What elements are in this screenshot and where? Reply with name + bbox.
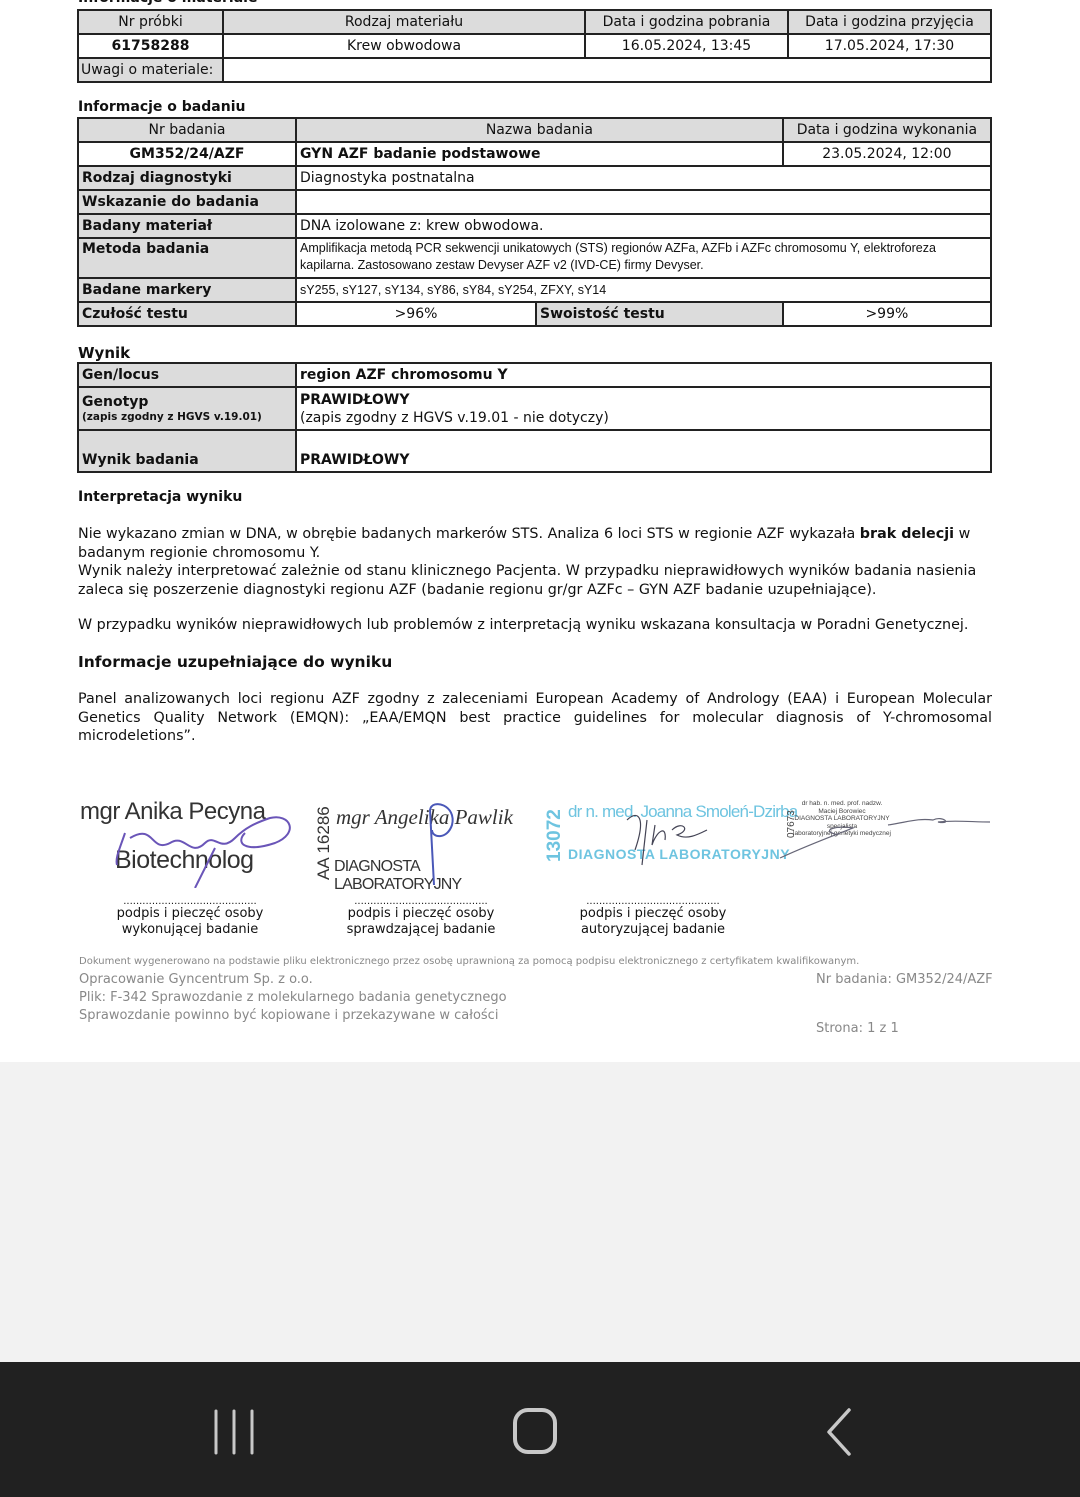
genotype-sublabel: (zapis zgodny z HGVS v.19.01)	[82, 410, 292, 424]
signature-scribble-icon	[95, 803, 305, 888]
dots-line: ........................................…	[553, 898, 753, 906]
study-header-name: Nazwa badania	[296, 118, 783, 142]
tested-material-label: Badany materiał	[78, 214, 296, 238]
study-header-number: Nr badania	[78, 118, 296, 142]
back-button[interactable]	[800, 1402, 880, 1462]
material-header-received: Data i godzina przyjęcia	[788, 10, 991, 34]
indication-label: Wskazanie do badania	[78, 190, 296, 214]
interpretation-paragraph-3: W przypadku wyników nieprawidłowych lub …	[78, 616, 992, 635]
locus-label: Gen/locus	[78, 363, 296, 387]
signature-scribble-2-icon	[617, 805, 727, 870]
interpretation-paragraph-1: Nie wykazano zmian w DNA, w obrębie bada…	[78, 525, 992, 562]
stamp-authorizer: 13072 dr n. med. Joanna Smoleń-Dzirba DI…	[542, 800, 767, 870]
interpretation-p1-bold: brak delecji	[860, 526, 954, 542]
reception-datetime: 17.05.2024, 17:30	[788, 34, 991, 58]
home-icon	[512, 1408, 560, 1456]
tested-material-value: DNA izolowane z: krew obwodowa.	[296, 214, 991, 238]
test-result-label: Wynik badania	[78, 430, 296, 472]
method-value: Amplifikacja metodą PCR sekwencji unikat…	[296, 238, 991, 278]
stamp-performer: mgr Anika Pecyna Biotechnolog	[80, 798, 305, 888]
signature-line-icon	[778, 810, 993, 860]
study-name: GYN AZF badanie podstawowe	[296, 142, 783, 166]
interpretation-paragraph-2: Wynik należy interpretować zależnie od s…	[78, 562, 992, 599]
material-table: Nr próbki Rodzaj materiału Data i godzin…	[77, 9, 992, 83]
genotype-label-cell: Genotyp (zapis zgodny z HGVS v.19.01)	[78, 387, 296, 430]
markers-label: Badane markery	[78, 278, 296, 302]
material-header-collected: Data i godzina pobrania	[585, 10, 788, 34]
caption-reviewer-line2: sprawdzającej badanie	[321, 922, 521, 938]
genotype-value-cell: PRAWIDŁOWY (zapis zgodny z HGVS v.19.01 …	[296, 387, 991, 430]
material-section-title: Informacje o materiale	[78, 0, 257, 6]
footer-line2: Plik: F-342 Sprawozdanie z molekularnego…	[79, 989, 507, 1007]
system-navigation-bar	[0, 1362, 1080, 1497]
interpretation-title: Interpretacja wyniku	[78, 489, 242, 505]
recents-button[interactable]	[194, 1402, 274, 1462]
caption-authorizer: ........................................…	[553, 898, 753, 938]
caption-authorizer-line1: podpis i pieczęć osoby	[553, 906, 753, 922]
markers-value: sY255, sY127, sY134, sY86, sY84, sY254, …	[296, 278, 991, 302]
locus-value: region AZF chromosomu Y	[296, 363, 991, 387]
material-notes-label: Uwagi o materiale:	[78, 58, 223, 82]
diagnostics-type-value: Diagnostyka postnatalna	[296, 166, 991, 190]
specificity-label: Swoistość testu	[536, 302, 783, 326]
stamp-supervisor: 07673 dr hab. n. med. prof. nadzw. Macie…	[778, 800, 993, 860]
material-notes-value	[223, 58, 991, 82]
footer-line3: Sprawozdanie powinno być kopiowane i prz…	[79, 1007, 498, 1025]
caption-authorizer-line2: autoryzującej badanie	[553, 922, 753, 938]
sensitivity-label: Czułość testu	[78, 302, 296, 326]
study-datetime: 23.05.2024, 12:00	[783, 142, 991, 166]
footer-line1: Opracowanie Gyncentrum Sp. z o.o.	[79, 971, 313, 989]
caption-performer-line1: podpis i pieczęć osoby	[90, 906, 290, 922]
stamp-reviewer: AA 16286 mgr Angelika Pawlik DIAGNOSTA L…	[312, 800, 532, 885]
result-section-title: Wynik	[78, 344, 130, 362]
stamp-authorizer-number: 13072	[544, 809, 566, 862]
study-header-date: Data i godzina wykonania	[783, 118, 991, 142]
sample-number: 61758288	[78, 34, 223, 58]
study-number: GM352/24/AZF	[78, 142, 296, 166]
stamp-supervisor-line1: dr hab. n. med. prof. nadzw.	[792, 800, 892, 808]
supplementary-text: Panel analizowanych loci regionu AZF zgo…	[78, 690, 992, 746]
specificity-value: >99%	[783, 302, 991, 326]
supplementary-title: Informacje uzupełniające do wyniku	[78, 653, 392, 671]
sensitivity-value: >96%	[296, 302, 536, 326]
document-page: Informacje o materiale Nr próbki Rodzaj …	[0, 0, 1080, 1062]
material-type: Krew obwodowa	[223, 34, 585, 58]
genotype-note: (zapis zgodny z HGVS v.19.01 - nie dotyc…	[300, 409, 987, 427]
signature-loop-icon	[412, 800, 472, 890]
dots-line: ........................................…	[321, 898, 521, 906]
genotype-value: PRAWIDŁOWY	[300, 391, 987, 409]
home-button[interactable]	[496, 1402, 576, 1462]
footer-page-number: Strona: 1 z 1	[816, 1020, 899, 1038]
result-table: Gen/locus region AZF chromosomu Y Genoty…	[77, 362, 992, 473]
test-result-value: PRAWIDŁOWY	[296, 430, 991, 472]
back-icon	[825, 1408, 855, 1456]
footer-disclaimer: Dokument wygenerowano na podstawie pliku…	[79, 955, 859, 969]
genotype-label: Genotyp	[82, 394, 292, 410]
study-section-title: Informacje o badaniu	[78, 99, 245, 115]
footer-study-number: Nr badania: GM352/24/AZF	[816, 971, 993, 989]
recents-icon	[212, 1409, 256, 1455]
caption-reviewer-line1: podpis i pieczęć osoby	[321, 906, 521, 922]
diagnostics-type-label: Rodzaj diagnostyki	[78, 166, 296, 190]
material-header-type: Rodzaj materiału	[223, 10, 585, 34]
indication-value	[296, 190, 991, 214]
caption-performer: ........................................…	[90, 898, 290, 938]
material-header-sample-no: Nr próbki	[78, 10, 223, 34]
interpretation-p1-start: Nie wykazano zmian w DNA, w obrębie bada…	[78, 526, 860, 542]
study-table: Nr badania Nazwa badania Data i godzina …	[77, 117, 992, 327]
dots-line: ........................................…	[90, 898, 290, 906]
caption-performer-line2: wykonującej badanie	[90, 922, 290, 938]
stamp-reviewer-number: AA 16286	[314, 800, 334, 880]
method-label: Metoda badania	[78, 238, 296, 278]
collection-datetime: 16.05.2024, 13:45	[585, 34, 788, 58]
caption-reviewer: ........................................…	[321, 898, 521, 938]
